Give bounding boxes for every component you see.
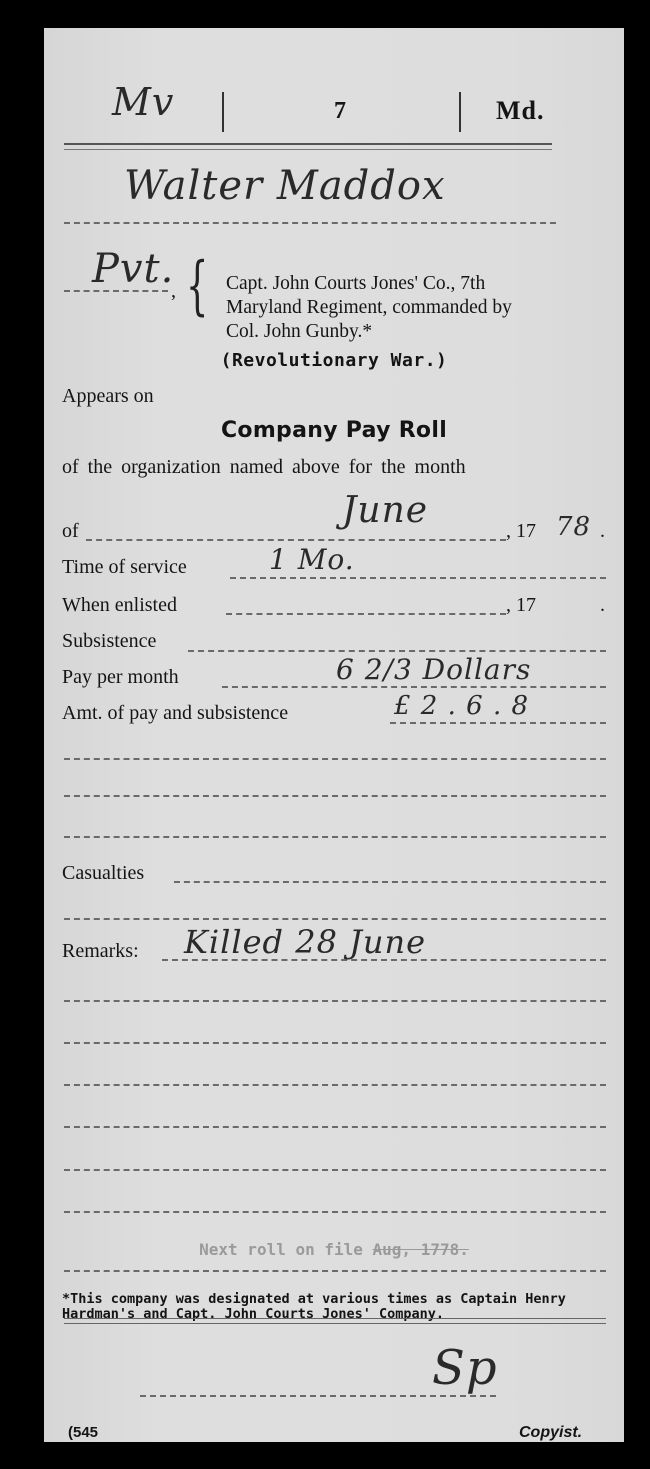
time-of-service-value: 1 Mo. <box>269 543 355 576</box>
next-roll-line <box>64 1270 606 1272</box>
remarks-label: Remarks: <box>62 940 139 963</box>
month-label: of <box>62 520 79 543</box>
blank-line-1 <box>64 758 606 760</box>
month-year-suffix: 78 <box>556 512 591 542</box>
unit-line-2: Maryland Regiment, commanded by <box>226 296 626 320</box>
blank-line-2 <box>64 795 606 797</box>
month-year-prefix: , 17 <box>506 520 536 543</box>
amt-pay-label: Amt. of pay and subsistence <box>62 702 288 725</box>
when-enlisted-year-prefix: , 17 <box>506 594 536 617</box>
unit-brace: { <box>186 254 208 318</box>
header-rule-top <box>64 143 552 145</box>
pay-per-month-line <box>222 686 606 688</box>
header-divider-2 <box>459 92 461 132</box>
name-line <box>64 222 556 224</box>
pay-per-month-label: Pay per month <box>62 666 179 689</box>
blank-line-8 <box>64 1169 606 1171</box>
signature-line <box>140 1395 496 1397</box>
when-enlisted-period: . <box>600 594 605 617</box>
blank-line-6 <box>64 1084 606 1086</box>
blank-line-4 <box>64 1000 606 1002</box>
unit-line-3: Col. John Gunby.* <box>226 320 626 344</box>
time-of-service-line <box>230 577 606 579</box>
subsistence-label: Subsistence <box>62 630 156 653</box>
soldier-name: Walter Maddox <box>124 163 446 209</box>
copyist-label: Copyist. <box>519 1424 582 1442</box>
next-roll-prefix: Next roll on file <box>199 1240 372 1259</box>
roll-type: Company Pay Roll <box>44 418 624 443</box>
copyist-signature: Sp <box>432 1340 498 1396</box>
organization-text: of the organization named above for the … <box>62 456 466 479</box>
form-number: (545 <box>68 1424 98 1441</box>
blank-line-7 <box>64 1126 606 1128</box>
month-line <box>86 539 506 541</box>
muster-card: Mv 7 Md. Walter Maddox Pvt. , { Capt. Jo… <box>44 28 624 1442</box>
state-abbrev: Md. <box>496 96 545 126</box>
header-divider-1 <box>222 92 224 132</box>
next-roll-struck-date: Aug, 1778. <box>373 1240 469 1259</box>
time-of-service-label: Time of service <box>62 556 187 579</box>
amt-pay-line <box>390 722 606 724</box>
rank-line <box>64 290 168 292</box>
subsistence-line <box>188 650 606 652</box>
rank: Pvt. <box>92 246 174 292</box>
regiment-number: 7 <box>334 98 346 125</box>
unit-description: Capt. John Courts Jones' Co., 7th Maryla… <box>226 272 626 344</box>
blank-line-9 <box>64 1211 606 1213</box>
when-enlisted-label: When enlisted <box>62 594 177 617</box>
war-label: (Revolutionary War.) <box>44 350 624 371</box>
header-initials: Mv <box>112 80 174 124</box>
pay-per-month-value: 6 2/3 Dollars <box>336 653 531 686</box>
casualties-line <box>174 881 606 883</box>
header-rule-bottom <box>64 149 552 150</box>
next-roll-note: Next roll on file Aug, 1778. <box>44 1240 624 1259</box>
blank-line-3 <box>64 836 606 838</box>
appears-on-label: Appears on <box>62 385 154 408</box>
casualties-line-2 <box>64 918 606 920</box>
unit-line-1: Capt. John Courts Jones' Co., 7th <box>226 272 626 296</box>
amt-pay-value: £ 2 . 6 . 8 <box>394 691 529 721</box>
when-enlisted-line <box>226 613 506 615</box>
footer-rule-bottom <box>64 1323 606 1324</box>
month-value: June <box>342 490 428 531</box>
rank-comma: , <box>171 280 176 303</box>
casualties-label: Casualties <box>62 862 144 885</box>
remarks-value: Killed 28 June <box>184 923 426 961</box>
month-period: . <box>600 520 605 543</box>
blank-line-5 <box>64 1042 606 1044</box>
footer-rule-top <box>64 1318 606 1319</box>
